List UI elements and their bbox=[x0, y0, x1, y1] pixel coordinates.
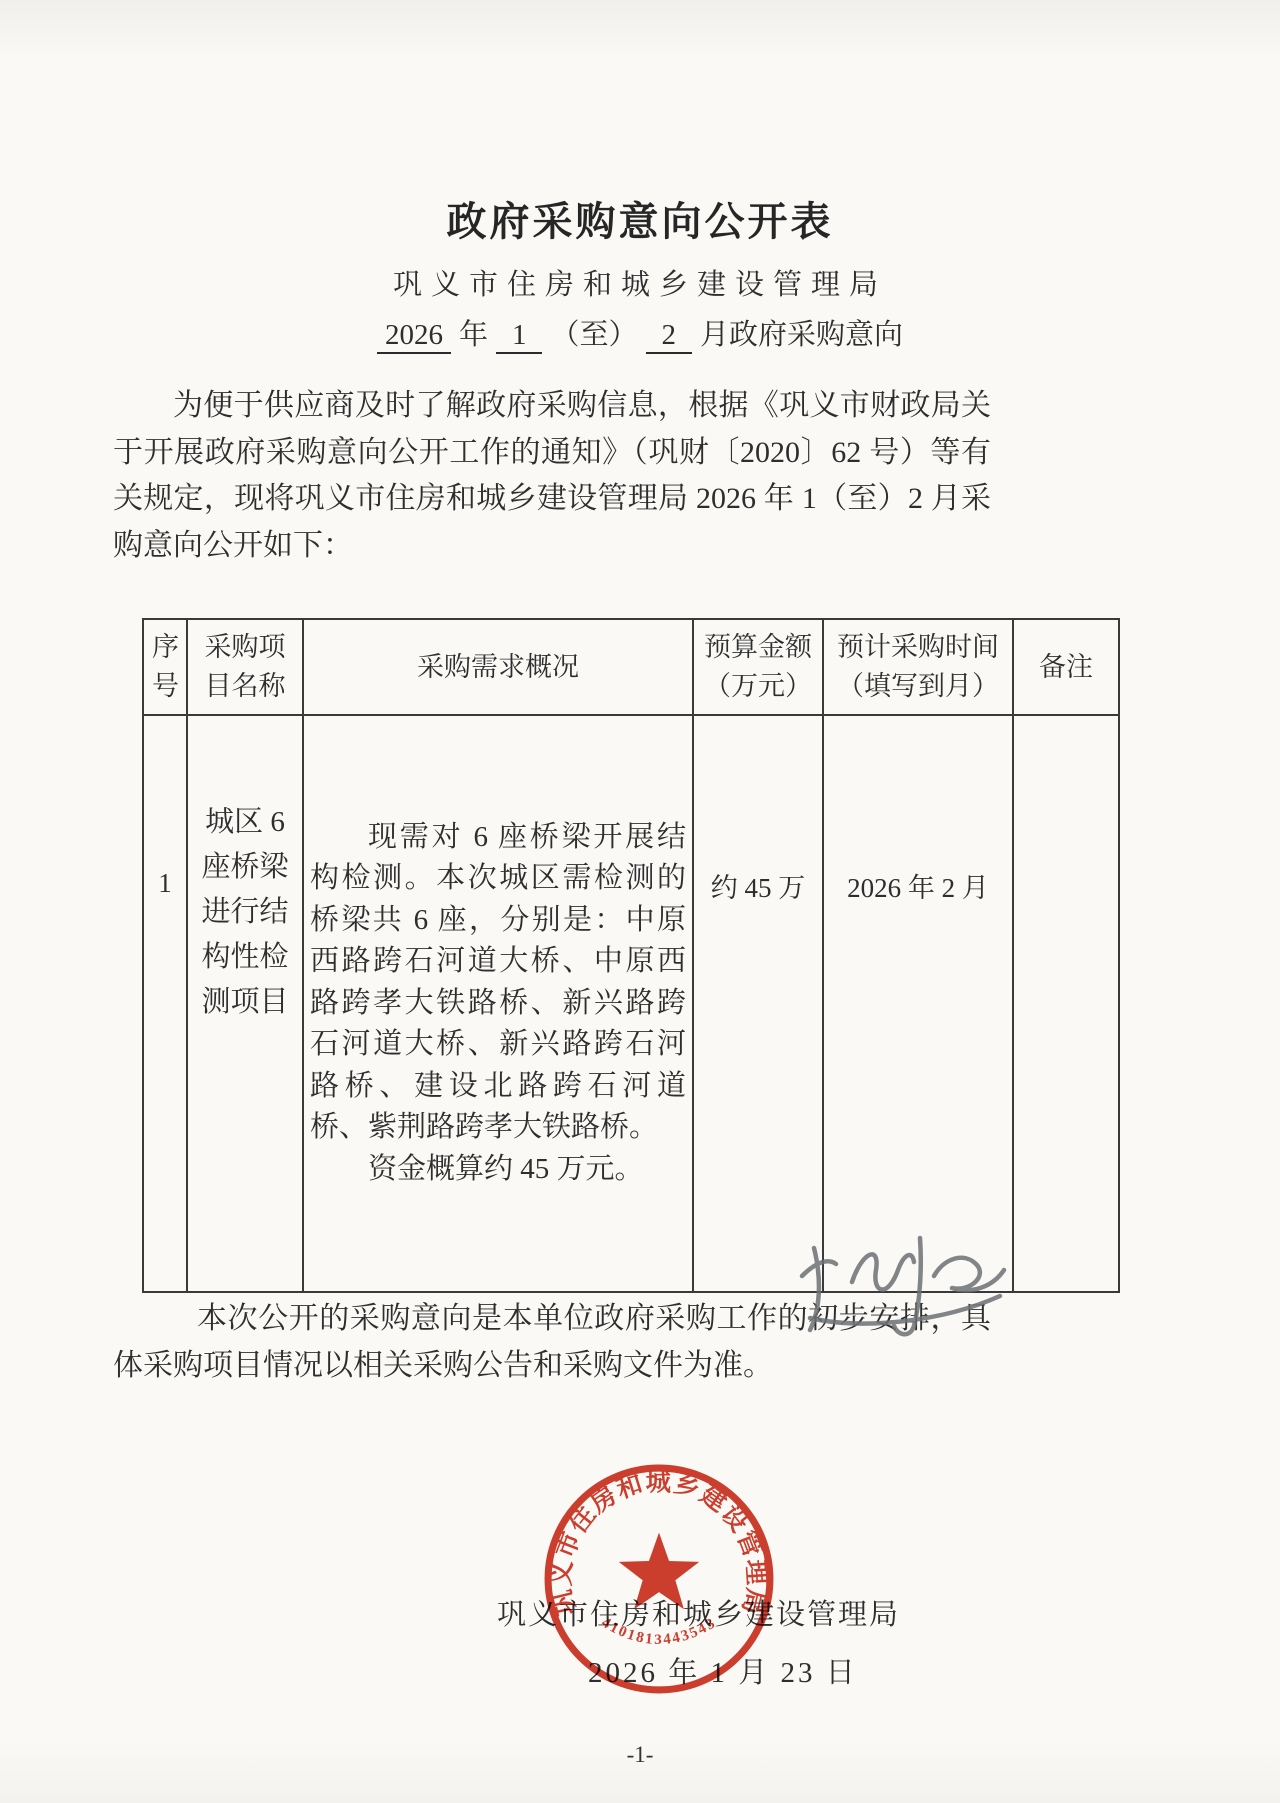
cell-remark bbox=[1013, 715, 1119, 1292]
page-title: 政府采购意向公开表 bbox=[0, 190, 1280, 247]
header-remark: 备注 bbox=[1013, 619, 1119, 715]
cell-serial: 1 bbox=[143, 715, 187, 1292]
period-month-to: 2 bbox=[646, 319, 693, 354]
intro-paragraph: 为便于供应商及时了解政府采购信息，根据《巩义市财政局关于开展政府采购意向公开工作… bbox=[113, 383, 991, 569]
cell-requirement: 现需对 6 座桥梁开展结构检测。本次城区需检测的桥梁共 6 座，分别是：中原西路… bbox=[303, 715, 693, 1292]
period-line: 2026年1（至）2月政府采购意向 bbox=[0, 312, 1280, 354]
period-year-label: 年 bbox=[459, 319, 488, 351]
period-month-from: 1 bbox=[496, 319, 543, 354]
period-year: 2026 bbox=[377, 319, 451, 354]
header-budget: 预算金额（万元） bbox=[693, 619, 823, 715]
table-header-row: 序号 采购项目名称 采购需求概况 预算金额（万元） 预计采购时间（填写到月） 备… bbox=[143, 619, 1119, 715]
requirement-paragraph-1: 现需对 6 座桥梁开展结构检测。本次城区需检测的桥梁共 6 座，分别是：中原西路… bbox=[310, 817, 686, 1149]
cell-project-name: 城区 6 座桥梁进行结构性检测项目 bbox=[187, 715, 303, 1292]
cell-planned-time: 2026 年 2 月 bbox=[823, 715, 1013, 1292]
period-to-label: （至） bbox=[550, 319, 637, 351]
org-name: 巩义市住房和城乡建设管理局 bbox=[0, 262, 1280, 303]
header-serial: 序号 bbox=[143, 619, 187, 715]
closing-paragraph: 本次公开的采购意向是本单位政府采购工作的初步安排，具体采购项目情况以相关采购公告… bbox=[113, 1296, 991, 1389]
signoff-org: 巩义市住房和城乡建设管理局 bbox=[497, 1592, 900, 1633]
header-planned-time: 预计采购时间（填写到月） bbox=[823, 619, 1013, 715]
procurement-table: 序号 采购项目名称 采购需求概况 预算金额（万元） 预计采购时间（填写到月） 备… bbox=[142, 618, 1120, 1293]
period-suffix: 月政府采购意向 bbox=[700, 319, 903, 351]
header-project-name: 采购项目名称 bbox=[187, 619, 303, 715]
signoff-date: 2026 年 1 月 23 日 bbox=[588, 1650, 858, 1691]
table-row: 1 城区 6 座桥梁进行结构性检测项目 现需对 6 座桥梁开展结构检测。本次城区… bbox=[143, 715, 1119, 1292]
header-requirement: 采购需求概况 bbox=[303, 619, 693, 715]
cell-budget: 约 45 万 bbox=[693, 715, 823, 1292]
requirement-paragraph-2: 资金概算约 45 万元。 bbox=[310, 1149, 686, 1191]
page-number: -1- bbox=[0, 1742, 1280, 1768]
